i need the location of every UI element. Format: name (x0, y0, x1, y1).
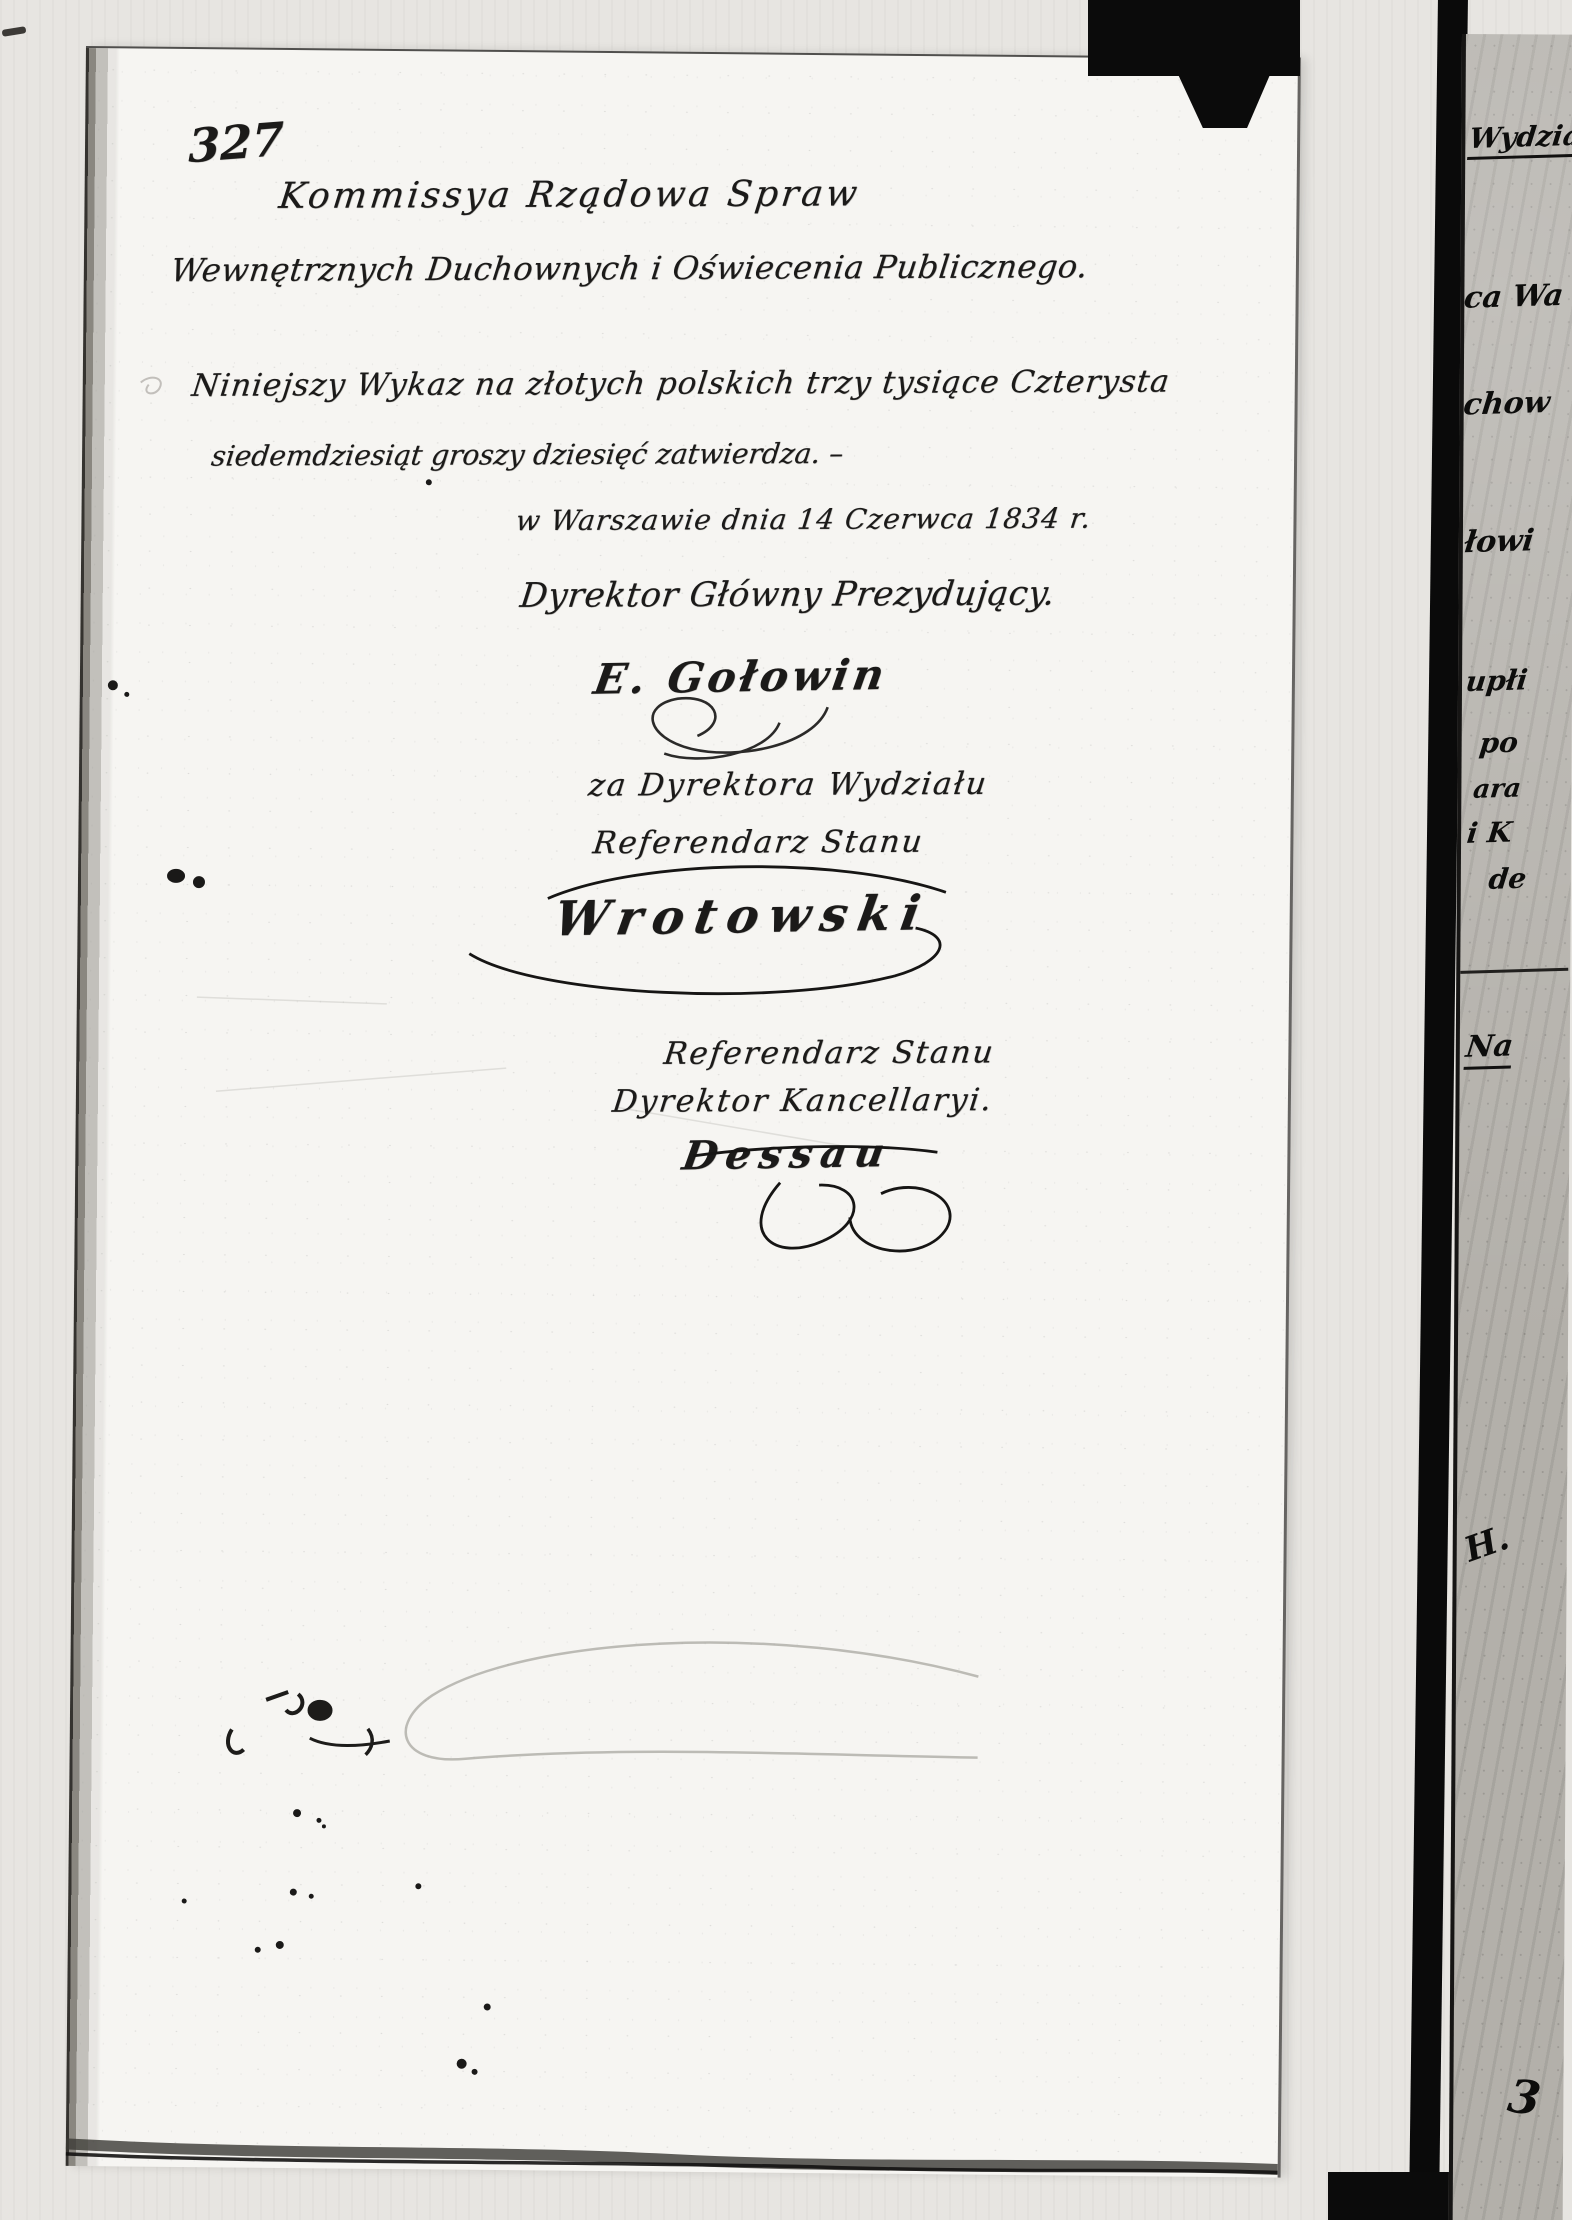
letterhead-line-1: Kommissya Rządowa Spraw (277, 173, 863, 216)
signature-title-for-director: za Dyrektora Wydziału (586, 766, 989, 804)
signature-golowin: E. Gołowin (590, 650, 891, 704)
adjacent-page-text-fragment: po (1478, 726, 1520, 760)
pencil-doodle (406, 1640, 979, 1765)
adjacent-page-text-fragment: upłi (1464, 663, 1529, 698)
signature-wrotowski: Wrotowski (550, 885, 934, 947)
scan-edge-mark (2, 26, 27, 37)
pencil-squiggle (141, 378, 161, 394)
signature-title-presiding-director: Dyrektor Główny Prezydujący. (518, 574, 1057, 616)
signature-title-state-referendary-2: Referendarz Stanu (662, 1034, 997, 1071)
adjacent-page-text-fragment: Na (1463, 1029, 1515, 1070)
ink-spots (95, 476, 506, 2075)
scanned-archival-document: 327 Kommissya Rządowa Spraw Wewnętrznych… (0, 0, 1572, 2220)
signature-dessau: Dessau (679, 1129, 896, 1179)
adjacent-page-rule (1460, 968, 1568, 974)
adjacent-page-text-fragment: H. (1459, 1518, 1514, 1570)
ink-scribble (228, 1691, 390, 1755)
adjacent-page-text-fragment: 3 (1505, 2068, 1545, 2126)
signature-title-state-referendary-1: Referendarz Stanu (591, 824, 926, 861)
signature-flourish-golowin (652, 698, 828, 760)
page-binding-edge (66, 48, 120, 2166)
page-bottom-edge (66, 2144, 1278, 2173)
body-line-2: siedemdziesiąt groszy dziesięć zatwierdz… (210, 437, 846, 473)
adjacent-page-text-fragment: łowi (1463, 523, 1536, 560)
signature-title-chancellery-director: Dyrektor Kancellaryi. (610, 1082, 995, 1120)
dateline: w Warszawie dnia 14 Czerwca 1834 r. (514, 502, 1093, 537)
adjacent-page-text-fragment: de (1487, 862, 1528, 896)
adjacent-page-text-fragment: ca Wa (1462, 278, 1565, 316)
adjacent-page-text-fragment: i K (1465, 816, 1514, 850)
adjacent-page: Wydzia ca Wa chow łowi upłi po ara i K d… (1449, 34, 1572, 2220)
letterhead-line-2: Wewnętrznych Duchownych i Oświecenia Pub… (169, 247, 1090, 289)
document-page: 327 Kommissya Rządowa Spraw Wewnętrznych… (66, 46, 1301, 2178)
adjacent-page-text-fragment: Wydzia (1467, 119, 1572, 160)
folio-number: 327 (188, 112, 284, 174)
scanner-artifact-top-bar (1088, 0, 1300, 76)
adjacent-page-text-fragment: ara (1472, 774, 1523, 805)
adjacent-page-text-fragment: chow (1462, 385, 1552, 422)
body-line-1: Niniejszy Wykaz na złotych polskich trzy… (190, 364, 1172, 404)
